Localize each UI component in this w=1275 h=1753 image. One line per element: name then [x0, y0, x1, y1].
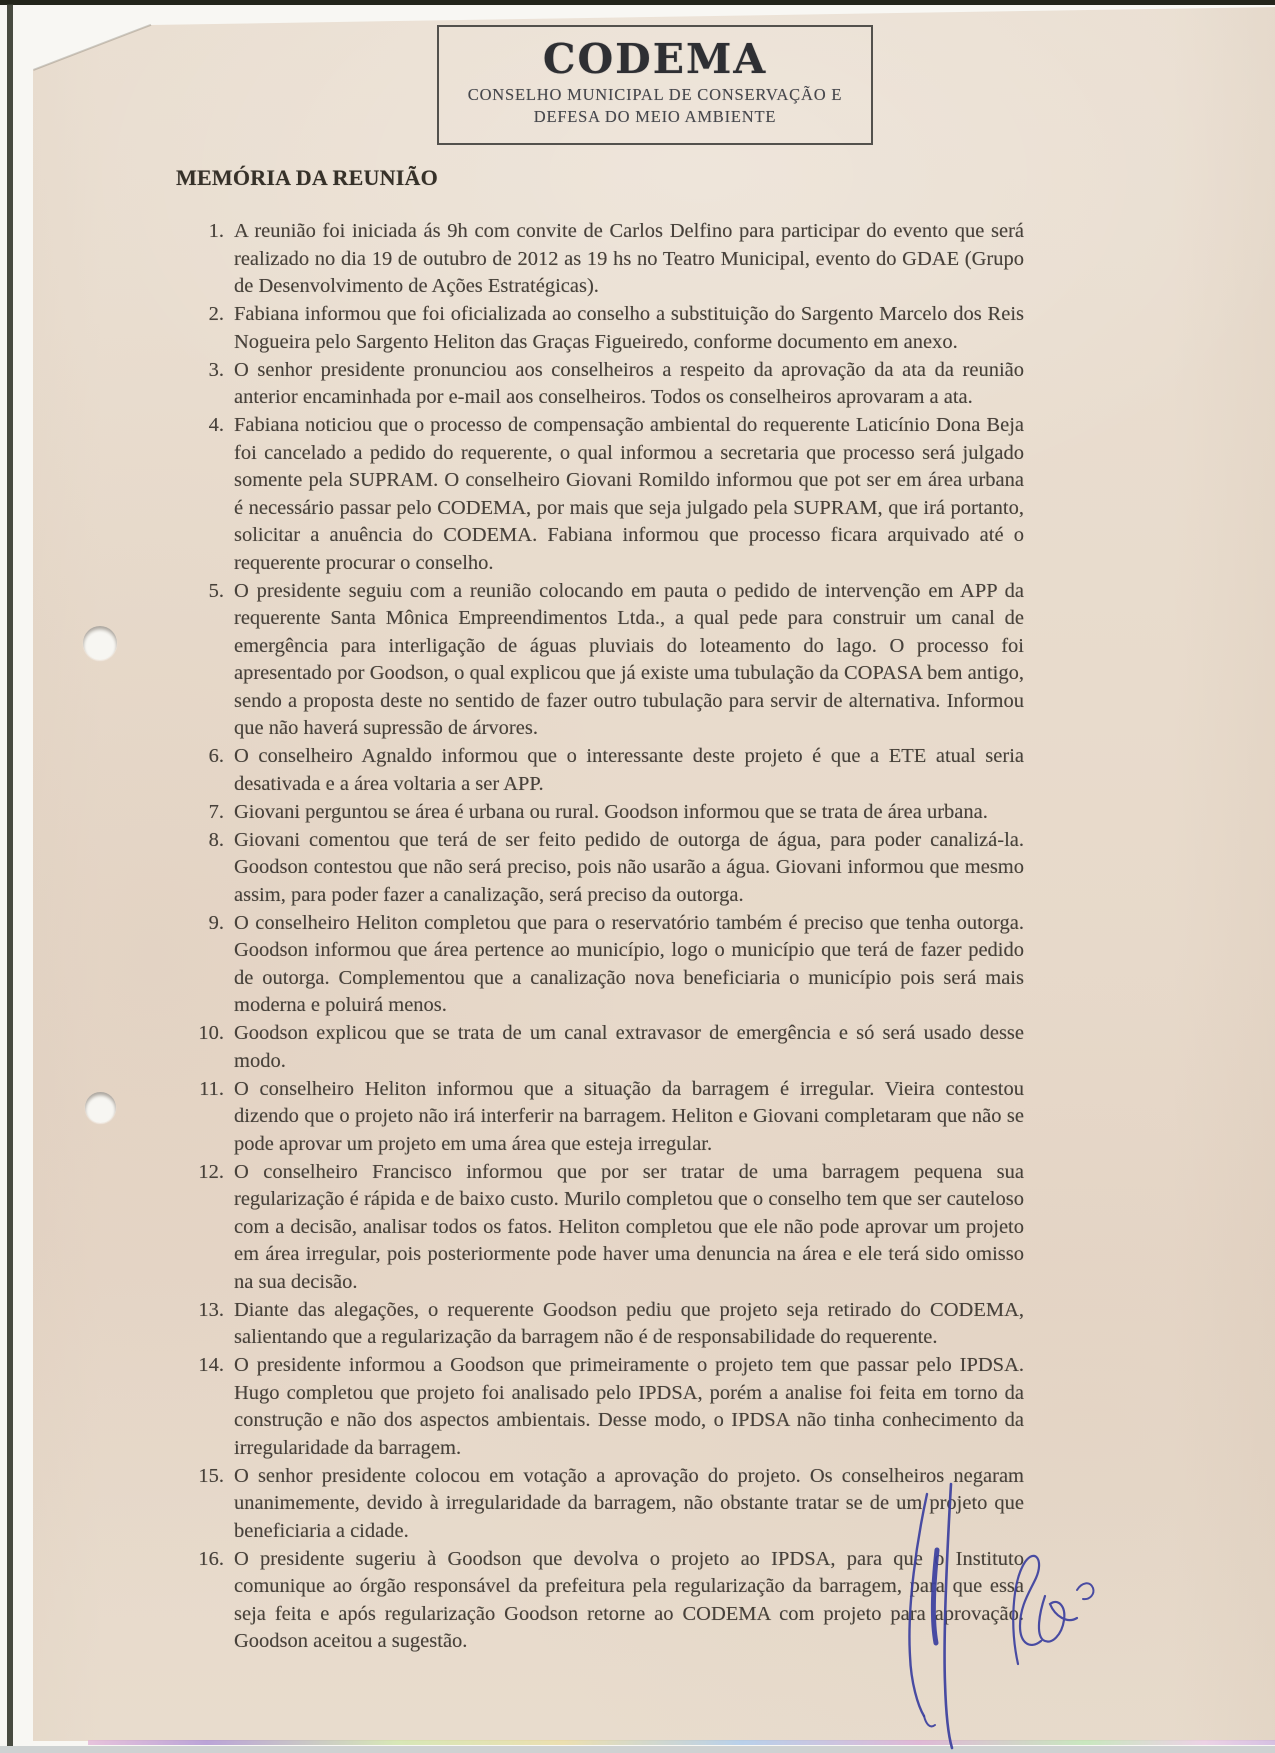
list-item: 12. O conselheiro Francisco informou que… — [196, 1159, 1024, 1297]
scan-left-edge-line — [7, 4, 13, 1753]
item-text: O conselheiro Francisco informou que por… — [234, 1159, 1024, 1297]
item-number: 6. — [196, 743, 224, 798]
item-number: 1. — [196, 218, 224, 301]
org-name-line2: DEFESA DO MEIO AMBIENTE — [439, 106, 871, 128]
list-item: 3. O senhor presidente pronunciou aos co… — [196, 357, 1024, 412]
item-text: Fabiana informou que foi oficializada ao… — [234, 301, 1024, 356]
item-text: O senhor presidente pronunciou aos conse… — [234, 357, 1024, 412]
item-text: Goodson explicou que se trata de um cana… — [234, 1020, 1024, 1075]
item-number: 3. — [196, 357, 224, 412]
item-number: 7. — [196, 799, 224, 827]
item-text: A reunião foi iniciada ás 9h com convite… — [234, 218, 1024, 301]
punch-hole-top — [83, 626, 117, 660]
signature-ink-primary — [909, 1484, 952, 1748]
item-number: 4. — [196, 412, 224, 577]
item-text: O presidente seguiu com a reunião coloca… — [234, 578, 1024, 743]
item-number: 15. — [196, 1463, 224, 1546]
item-number: 11. — [196, 1076, 224, 1159]
item-text: O conselheiro Heliton informou que a sit… — [234, 1076, 1024, 1159]
list-item: 10. Goodson explicou que se trata de um … — [196, 1020, 1024, 1075]
item-text: Fabiana noticiou que o processo de compe… — [234, 412, 1024, 577]
item-number: 2. — [196, 301, 224, 356]
list-item: 2. Fabiana informou que foi oficializada… — [196, 301, 1024, 356]
item-number: 13. — [196, 1297, 224, 1352]
list-item: 4. Fabiana noticiou que o processo de co… — [196, 412, 1024, 577]
item-text: O presidente informou a Goodson que prim… — [234, 1352, 1024, 1462]
item-number: 5. — [196, 578, 224, 743]
item-text: Giovani comentou que terá de ser feito p… — [234, 827, 1024, 910]
item-text: O conselheiro Heliton completou que para… — [234, 910, 1024, 1020]
scan-top-edge — [0, 0, 1275, 5]
org-header-box: CODEMA CONSELHO MUNICIPAL DE CONSERVAÇÃO… — [437, 25, 873, 145]
item-text: O conselheiro Agnaldo informou que o int… — [234, 743, 1024, 798]
list-item: 5. O presidente seguiu com a reunião col… — [196, 578, 1024, 743]
item-text: Diante das alegações, o requerente Goods… — [234, 1297, 1024, 1352]
org-name-line1: CONSELHO MUNICIPAL DE CONSERVAÇÃO E — [439, 84, 871, 106]
item-number: 10. — [196, 1020, 224, 1075]
list-item: 14. O presidente informou a Goodson que … — [196, 1352, 1024, 1462]
list-item: 9. O conselheiro Heliton completou que p… — [196, 910, 1024, 1020]
document-title: MEMÓRIA DA REUNIÃO — [176, 165, 438, 191]
item-number: 9. — [196, 910, 224, 1020]
item-number: 14. — [196, 1352, 224, 1462]
handwritten-signatures — [880, 1478, 1115, 1753]
list-item: 11. O conselheiro Heliton informou que a… — [196, 1076, 1024, 1159]
list-item: 1. A reunião foi iniciada ás 9h com conv… — [196, 218, 1024, 301]
minutes-list: 1. A reunião foi iniciada ás 9h com conv… — [196, 218, 1024, 1656]
item-number: 12. — [196, 1159, 224, 1297]
punch-hole-bottom — [85, 1092, 116, 1123]
item-text: Giovani perguntou se área é urbana ou ru… — [234, 799, 1024, 827]
org-acronym: CODEMA — [439, 39, 871, 79]
item-number: 16. — [196, 1546, 224, 1656]
signature-ink-initials — [1013, 1556, 1093, 1664]
list-item: 8. Giovani comentou que terá de ser feit… — [196, 827, 1024, 910]
list-item: 13. Diante das alegações, o requerente G… — [196, 1297, 1024, 1352]
item-number: 8. — [196, 827, 224, 910]
list-item: 6. O conselheiro Agnaldo informou que o … — [196, 743, 1024, 798]
list-item: 7. Giovani perguntou se área é urbana ou… — [196, 799, 1024, 827]
scanned-page: CODEMA CONSELHO MUNICIPAL DE CONSERVAÇÃO… — [0, 0, 1275, 1753]
